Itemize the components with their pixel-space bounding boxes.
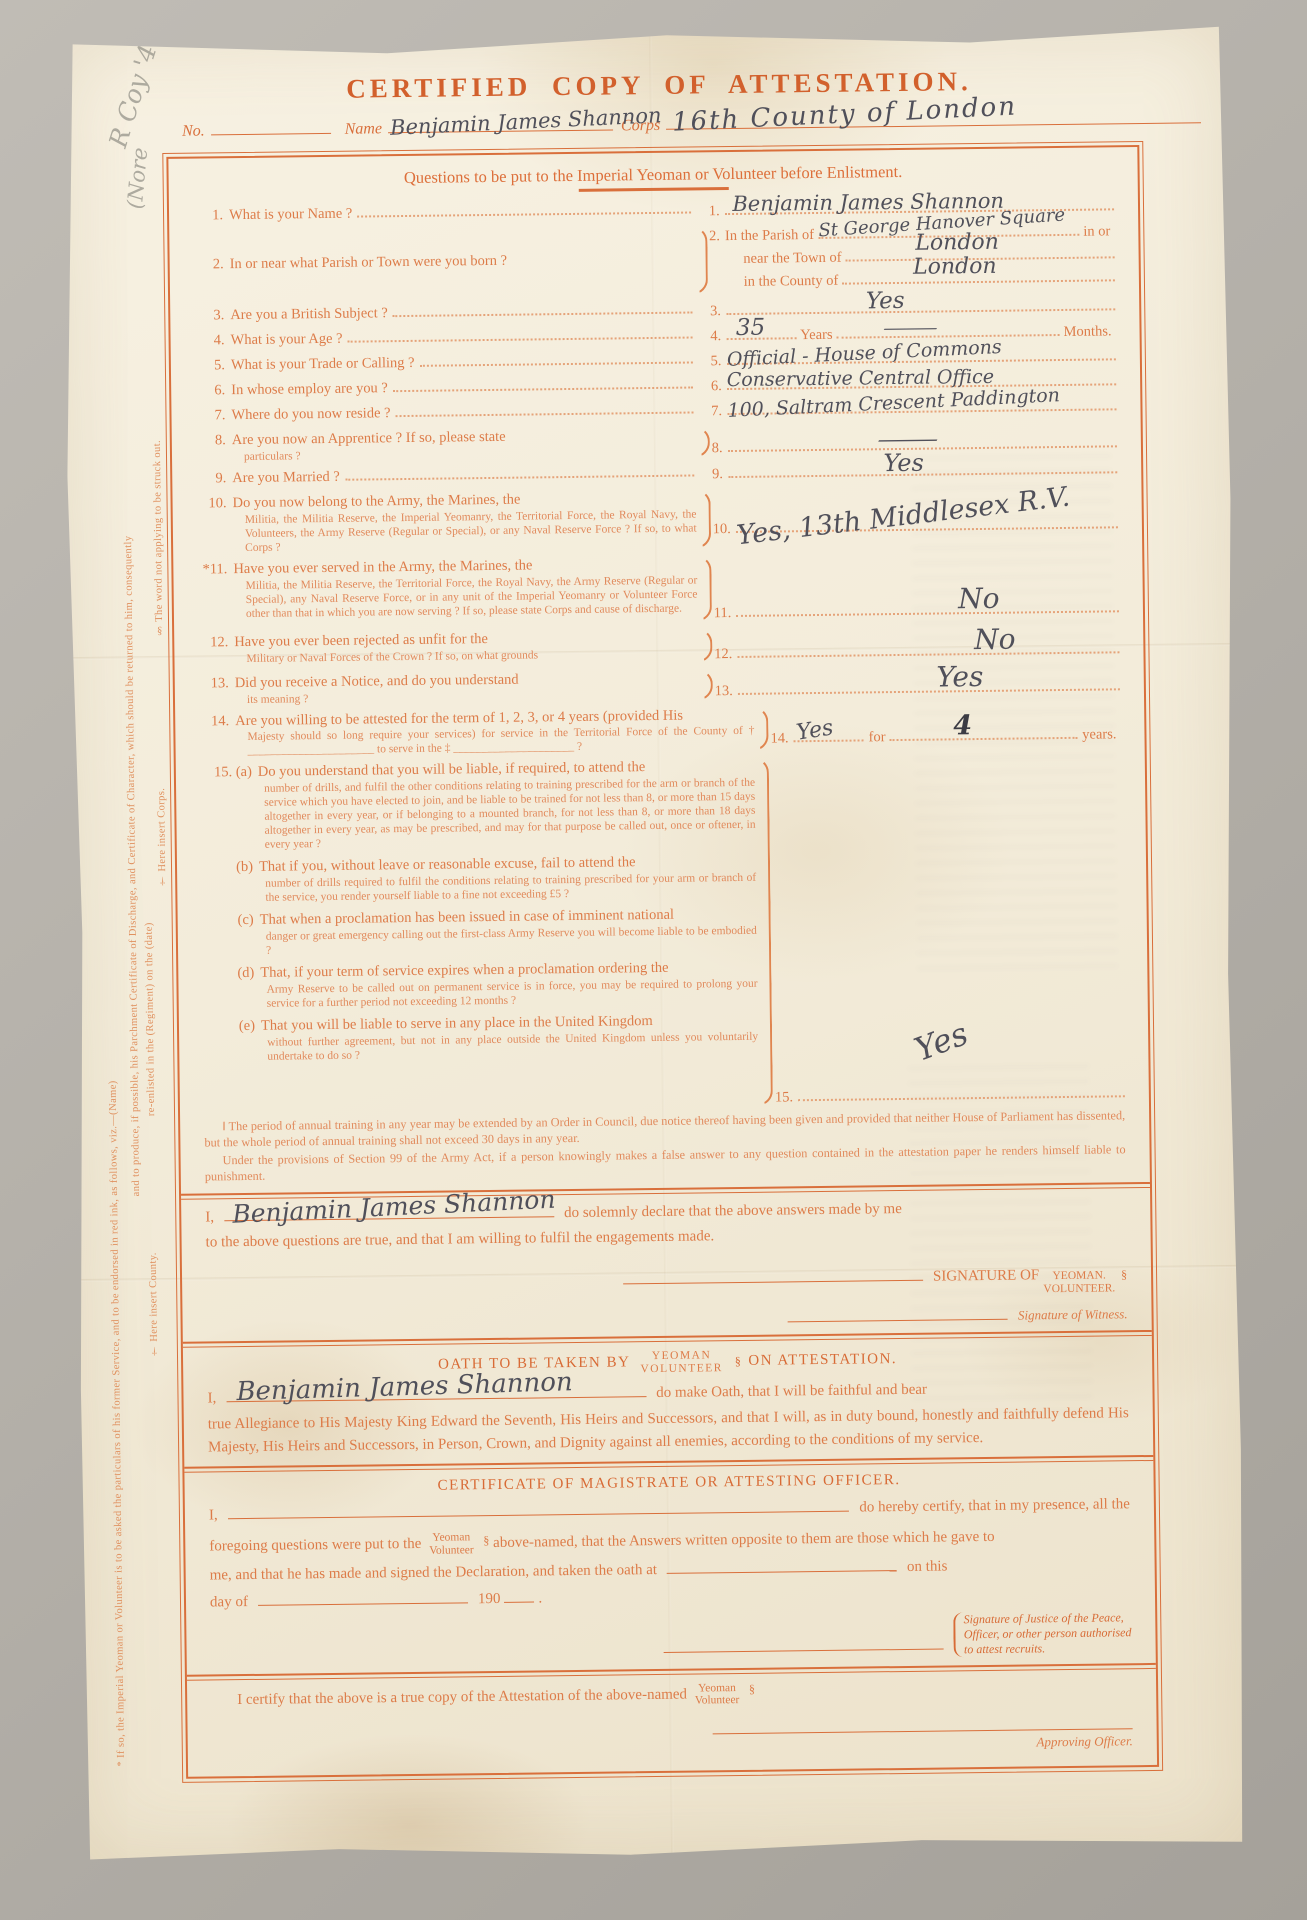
question-number: 14. [199, 712, 229, 731]
stack-bottom: Volunteer [429, 1544, 474, 1557]
question-row-8: 8.Are you now an Apprentice ? If so, ple… [196, 420, 1117, 464]
margin-note-struck-out: § The word not applying to be struck out… [151, 336, 167, 636]
attesting-signature-note: Signature of Justice of the Peace, Offic… [954, 1610, 1132, 1657]
answer-handwritten: — [875, 426, 939, 451]
answer-handwritten: Yes [795, 715, 835, 745]
question-text: What is your Age ? [230, 330, 342, 350]
declaration-name-handwritten: Benjamin James Shannon [231, 1185, 555, 1229]
question-number: 3. [194, 306, 224, 325]
period-mark: . [538, 1590, 542, 1607]
declaration-section: I, Benjamin James Shannon do solemnly de… [205, 1199, 1127, 1334]
true-copy-section: I certify that the above is a true copy … [211, 1677, 1133, 1760]
answer-number: 11. [714, 605, 732, 622]
yeoman-volunteer-stack: Yeoman Volunteer [429, 1531, 474, 1556]
answer-dotted-line: Yes, 13th Middlesex R.V. [736, 513, 1118, 533]
certificate-year: 190 [478, 1591, 501, 1608]
question-number: 2. [194, 255, 224, 274]
dotted-leader [348, 336, 693, 342]
in-or-label: in or [1083, 220, 1110, 244]
town-label: near the Town of [743, 247, 841, 272]
question-number: 10. [196, 494, 226, 513]
dotted-leader [393, 311, 692, 317]
answer-dotted-line [798, 1083, 1125, 1102]
question-cell: 10.Do you now belong to the Army, the Ma… [196, 488, 712, 555]
certificate-line3-post: on this [907, 1558, 948, 1575]
photo-of-attestation-document: { "colors": { "print_ink": "#d2602c", "p… [0, 0, 1307, 1920]
question-text: What is your Name ? [229, 204, 352, 224]
answer-number: 5. [711, 353, 722, 370]
answer-cell: 12.No [714, 622, 1120, 663]
answer-cell: 2.In the Parish ofSt George Hanover Squa… [709, 220, 1115, 295]
year-digit-line [504, 1601, 534, 1602]
margin-note-reenlisted: re-enlisted in the (Regiment) on the (da… [140, 646, 158, 1116]
question-continuation: number of drills, and fulfil the other c… [264, 776, 756, 852]
question-cell: 7.Where do you now reside ? [195, 400, 711, 426]
answer-dotted-line: Official - House of Commons [726, 345, 1116, 365]
questions-heading: Questions to be put to the Imperial Yeom… [193, 159, 1114, 190]
question-cell: 12.Have you ever been rejected as unfit … [198, 627, 714, 669]
answer-handwritten: Yes [883, 448, 924, 476]
question-cell: 3.Are you a British Subject ? [194, 300, 710, 326]
name-label: Name [345, 120, 383, 138]
answer-handwritten: No [974, 622, 1016, 656]
question-number: 12. [198, 633, 228, 652]
answer-number: 3. [710, 303, 721, 320]
stack-bottom: VOLUNTEER. [1043, 1282, 1115, 1295]
answer-dotted-line: — [836, 321, 1059, 339]
question-number: (d) [202, 964, 254, 983]
answer-cell: 11.No [713, 549, 1119, 622]
question-row-13: 13.Did you receive a Notice, and do you … [199, 663, 1120, 707]
heading-underline [578, 187, 728, 191]
closing-brace [753, 706, 769, 751]
stack-bottom: VOLUNTEER [640, 1362, 723, 1375]
oath-pre: I, [207, 1390, 216, 1407]
answer-number: 13. [715, 683, 733, 700]
answer-number: 6. [711, 378, 722, 395]
certifier-name-line [228, 1511, 850, 1520]
question-number: 8. [196, 431, 226, 450]
question-number: 9. [196, 469, 226, 488]
question-row-14: 14.Are you willing to be attested for th… [199, 701, 1121, 759]
years-count-handwritten: 4 [953, 710, 972, 741]
answer-dotted-line: Yes [738, 675, 1120, 695]
question-text: Did you receive a Notice, and do you und… [235, 670, 519, 692]
section-mark: § [735, 1354, 743, 1369]
stack-top: YEOMAN. [1052, 1270, 1106, 1283]
closing-brace [692, 226, 708, 295]
answer-number: 14. [770, 730, 788, 747]
answer-dotted-line: 100, Saltram Crescent Paddington [727, 395, 1117, 415]
question-text: What is your Trade or Calling ? [231, 354, 415, 375]
stack-bottom: Volunteer [695, 1694, 740, 1707]
answer-dotted-line: Yes [728, 458, 1118, 478]
question-text: Where do you now reside ? [231, 404, 390, 425]
county-label: in the County of [744, 270, 839, 295]
answer-dotted-line: Yes [793, 726, 863, 742]
answer-cell: Yes 15. [771, 753, 1125, 1107]
question-text: Are you Married ? [232, 468, 340, 488]
closing-brace [696, 555, 712, 621]
section-mark: § [749, 1682, 755, 1696]
declaration-pre: I, [205, 1210, 214, 1227]
oath-heading-post: ON ATTESTATION. [748, 1351, 897, 1370]
answer-cell: 14.Yesfor4years. [770, 701, 1121, 752]
answer-number: 1. [709, 203, 720, 220]
question-text: Have you ever been rejected as unfit for… [234, 630, 488, 652]
county-handwritten: London [913, 249, 997, 286]
question-text: Are you now an Apprentice ? If so, pleas… [232, 428, 506, 450]
stack-top: Yeoman [698, 1682, 736, 1695]
form-content: Questions to be put to the Imperial Yeom… [166, 145, 1159, 1779]
q15-sub-b: (b)That if you, without leave or reasona… [201, 852, 757, 906]
dotted-leader [393, 386, 693, 392]
answer-dotted-line: 4 [889, 723, 1077, 740]
certificate-heading: CERTIFICATE OF MAGISTRATE OR ATTESTING O… [209, 1469, 1130, 1497]
q15-sub-e: (e)That you will be liable to serve in a… [203, 1011, 759, 1065]
q15-sub-d: (d)That, if your term of service expires… [202, 958, 758, 1012]
years-label: Years [800, 327, 833, 344]
name-line: Benjamin James Shannon [388, 129, 613, 133]
signature-of-label: SIGNATURE OF [933, 1268, 1039, 1286]
yeoman-volunteer-stack: YEOMAN. VOLUNTEER. [1043, 1270, 1115, 1296]
answer-number: 8. [712, 440, 723, 457]
dash-handwritten: — [881, 317, 939, 339]
day-line [258, 1602, 468, 1606]
form-border-box: Questions to be put to the Imperial Yeom… [162, 141, 1163, 1783]
oath-name-line: Benjamin James Shannon [226, 1396, 646, 1402]
q15-sub-c: (c)That when a proclamation has been iss… [202, 905, 758, 959]
approving-officer-label: Approving Officer. [1036, 1733, 1132, 1750]
question-continuation: Army Reserve to be called out on permane… [266, 977, 757, 1011]
question-cell: 15. (a)Do you understand that you will b… [200, 757, 775, 1114]
question-continuation: number of drills required to fulfil the … [265, 871, 756, 905]
question-number: 7. [195, 406, 225, 425]
certificate-line2-post: above-named, that the Answers written op… [493, 1529, 995, 1551]
certificate-line2: foregoing questions were put to the Yeom… [209, 1523, 1130, 1559]
yeoman-signature-line [623, 1280, 923, 1285]
margin-note-former-service: * If so, the Imperial Yeoman or Voluntee… [106, 917, 128, 1767]
closing-brace [754, 758, 773, 1106]
dotted-leader [345, 474, 694, 480]
question-cell: 6.In whose employ are you ? [195, 375, 711, 401]
signature-note-line2: Officer, or other person authorised [964, 1625, 1132, 1642]
declaration-name-line: Benjamin James Shannon [224, 1217, 554, 1222]
question-text: In whose employ are you ? [231, 379, 388, 400]
question-row-10: 10.Do you now belong to the Army, the Ma… [196, 483, 1118, 555]
question-continuation: danger or great emergency calling out th… [266, 924, 757, 958]
answer-cell: 7.100, Saltram Crescent Paddington [711, 395, 1116, 420]
certificate-pre: I, [209, 1507, 218, 1524]
answer-cell: 10.Yes, 13th Middlesex R.V. [712, 483, 1118, 549]
dotted-leader [420, 361, 693, 366]
stack-top: YEOMAN [652, 1350, 712, 1363]
no-label: No. [182, 122, 205, 140]
answer-cell: 3.Yes [710, 295, 1115, 320]
section-mark: § [483, 1533, 489, 1547]
certificate-line3-pre: me, and that he has made and signed the … [210, 1562, 658, 1584]
question-continuation: without further agreement, but not in an… [267, 1030, 758, 1064]
closing-brace [695, 489, 711, 548]
question-row-2: 2.In or near what Parish or Town were yo… [193, 220, 1115, 302]
years-label: years. [1082, 726, 1116, 743]
attestation-paper: R Coy '4' (Nore * If so, the Imperial Ye… [61, 23, 1248, 1865]
age-handwritten: 35 [736, 315, 766, 341]
months-label: Months. [1064, 323, 1112, 341]
certificate-line4-pre: day of [210, 1594, 248, 1611]
answer-number: 9. [712, 466, 723, 483]
answer-cell: 13.Yes [714, 663, 1120, 701]
question-cell: 13.Did you receive a Notice, and do you … [199, 668, 715, 707]
answer-dotted-line: No [736, 597, 1119, 617]
question-text: In or near what Parish or Town were you … [230, 251, 508, 273]
answer-dotted-line: Yes [726, 295, 1116, 315]
question-number: (c) [202, 911, 254, 930]
parish-label: In the Parish of [725, 223, 814, 248]
question-number: 13. [199, 674, 229, 693]
pencil-annotation: (Nore [123, 146, 153, 210]
margin-note-certificate: and to produce, if possible, his Parchme… [119, 186, 143, 1196]
answer-number: 7. [711, 403, 722, 420]
question-number: (b) [201, 858, 253, 877]
question-cell: 2.In or near what Parish or Town were yo… [193, 225, 710, 302]
answer-handwritten: Yes [909, 1015, 973, 1070]
answer-handwritten: Yes [936, 660, 983, 694]
question-continuation: Majesty should so long require your serv… [247, 724, 754, 758]
signature-note-line3: to attest recruits. [964, 1640, 1132, 1657]
dotted-leader [357, 211, 691, 217]
answer-dotted-line: No [737, 638, 1119, 658]
answer-number: 15. [775, 1090, 793, 1107]
closing-brace [694, 426, 709, 457]
closing-brace [697, 669, 712, 700]
certificate-line2-pre: foregoing questions were put to the [209, 1536, 421, 1555]
yeoman-volunteer-stack: YEOMAN VOLUNTEER [640, 1349, 723, 1375]
certificate-post: do hereby certify, that in my presence, … [859, 1496, 1130, 1516]
oath-body: true Allegiance to His Majesty King Edwa… [208, 1402, 1129, 1458]
question-cell: *11.Have you ever served in the Army, th… [197, 554, 714, 628]
question-number: 5. [195, 356, 225, 375]
answer-number: 4. [710, 328, 721, 345]
answer-cell: 9.Yes [712, 458, 1117, 483]
answer-dotted-line: 35 [726, 324, 796, 340]
question-number: 15. (a) [200, 763, 252, 782]
question-cell: 5.What is your Trade or Calling ? [195, 350, 711, 376]
question-cell: 8.Are you now an Apprentice ? If so, ple… [196, 425, 712, 464]
question-continuation: Militia, the Militia Reserve, the Imperi… [245, 507, 697, 555]
attesting-signature-line [664, 1648, 944, 1652]
stack-top: Yeoman [432, 1531, 470, 1544]
answer-number: 2. [709, 225, 720, 249]
no-blank-line [211, 133, 331, 135]
answer-dotted-line: London [842, 267, 1115, 285]
question-cell: 4.What is your Age ? [194, 325, 710, 351]
question-row-15: 15. (a)Do you understand that you will b… [200, 753, 1125, 1114]
answer-number: 10. [713, 521, 731, 538]
question-row-11: *11.Have you ever served in the Army, th… [197, 549, 1119, 628]
true-copy-pre: I certify that the above is a true copy … [237, 1686, 687, 1707]
q15-sub-a: 15. (a)Do you understand that you will b… [200, 757, 756, 853]
margin-note-insert-county: † Here insert County. [147, 1166, 161, 1356]
answer-number: 12. [714, 646, 732, 663]
oath-post: do make Oath, that I will be faithful an… [656, 1382, 927, 1402]
answer-handwritten: No [958, 581, 1000, 615]
question-cell: 14.Are you willing to be attested for th… [199, 705, 771, 759]
pencil-annotation: R Coy '4' [103, 35, 164, 151]
question-number: 1. [193, 206, 223, 225]
closing-brace [697, 628, 712, 662]
magistrate-certificate-section: CERTIFICATE OF MAGISTRATE OR ATTESTING O… [209, 1469, 1132, 1666]
margin-note-insert-corps: † Here insert Corps. [155, 716, 169, 886]
witness-label: Signature of Witness. [1018, 1306, 1128, 1323]
dotted-leader [396, 411, 694, 417]
true-copy-line: I certify that the above is a true copy … [211, 1677, 1132, 1713]
question-number: (e) [203, 1017, 255, 1036]
question-text: Are you a British Subject ? [230, 304, 388, 325]
for-label: for [869, 729, 886, 746]
answer-handwritten: Yes [866, 288, 905, 314]
declaration-post: do solemnly declare that the above answe… [564, 1201, 902, 1222]
oath-place-line [667, 1570, 897, 1574]
yeoman-volunteer-stack: Yeoman Volunteer [695, 1682, 740, 1707]
question-number: 4. [194, 331, 224, 350]
declaration-line2: to the above questions are true, and tha… [206, 1224, 1127, 1252]
section-mark: § [1121, 1268, 1127, 1283]
corps-line: 16th County of London [666, 122, 1201, 130]
question-cell: 9.Are you Married ? [196, 463, 712, 489]
corps-answer-handwritten: Yes, 13th Middlesex R.V. [735, 481, 1071, 551]
employer-handwritten: Conservative Central Office [727, 366, 995, 391]
header-fields-row: No. Name Benjamin James Shannon Corps 16… [182, 110, 1201, 140]
oath-section: OATH TO BE TAKEN BY YEOMAN VOLUNTEER § O… [207, 1344, 1129, 1458]
witness-signature-line [788, 1319, 1008, 1323]
question-number: *11. [197, 560, 227, 579]
question-cell: 1.What is your Name ? [193, 200, 709, 226]
question-number: 6. [195, 381, 225, 400]
question-continuation: Militia, the Militia Reserve, the Territ… [246, 573, 698, 621]
